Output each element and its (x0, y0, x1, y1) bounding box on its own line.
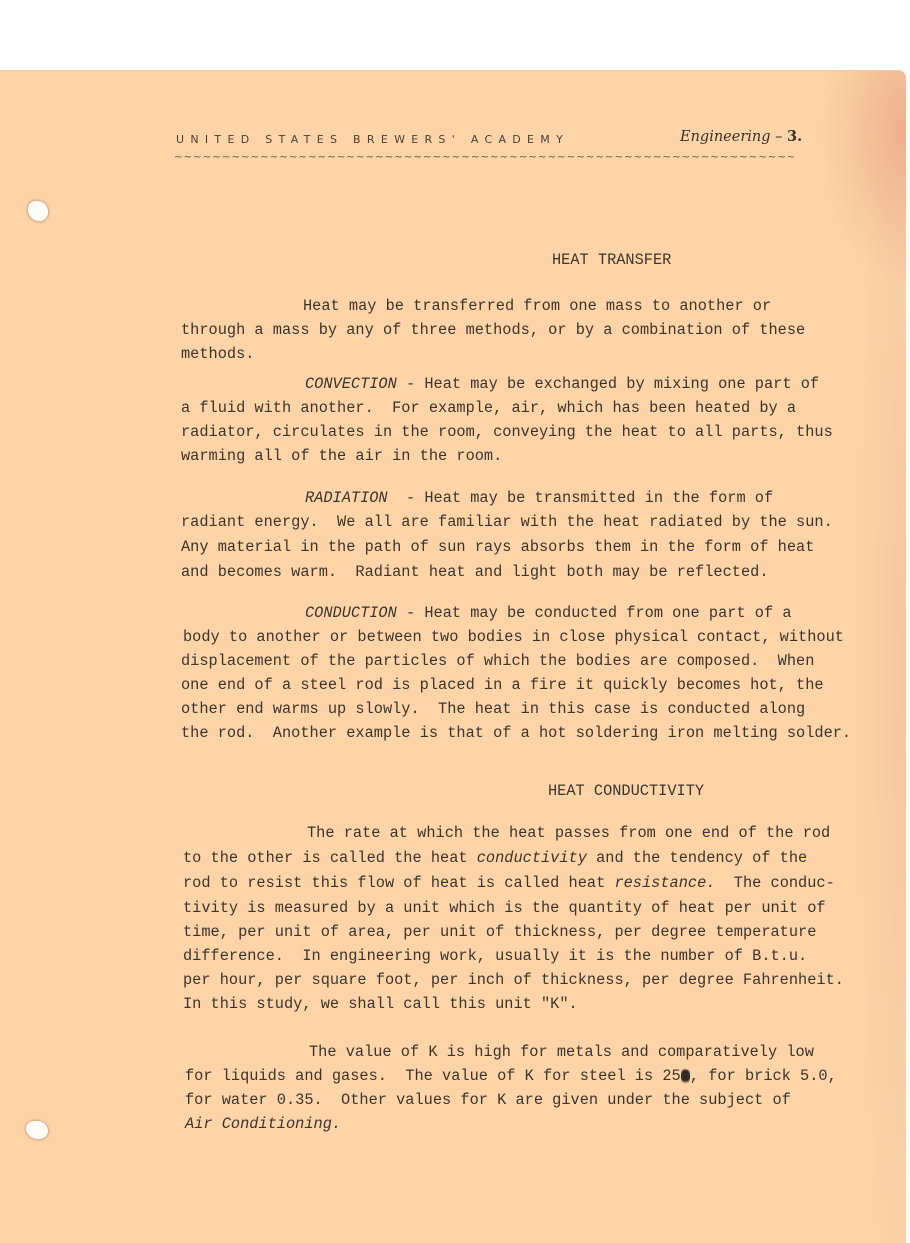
text-line: the rod. Another example is that of a ho… (181, 723, 851, 743)
text-line: The rate at which the heat passes from o… (307, 823, 830, 843)
text-line: for liquids and gases. The value of K fo… (185, 1066, 837, 1086)
text-line: methods. (181, 344, 254, 364)
text-line: CONVECTION - Heat may be exchanged by mi… (305, 374, 819, 394)
text-line: tivity is measured by a unit which is th… (183, 898, 826, 918)
text-line: and becomes warm. Radiant heat and light… (181, 562, 769, 582)
text-line: body to another or between two bodies in… (183, 627, 844, 647)
section-label: Engineering – (680, 129, 782, 145)
text-fragment: - Heat may be transmitted in the form of (388, 489, 774, 507)
ink-smudge: 0 (681, 1066, 690, 1086)
text-line: Air Conditioning. (185, 1114, 341, 1134)
text-fragment: and the tendency of the (587, 849, 807, 867)
text-line: warming all of the air in the room. (181, 446, 502, 466)
text-line: radiator, circulates in the room, convey… (181, 422, 833, 442)
text-line: Heat may be transferred from one mass to… (303, 296, 771, 316)
text-fragment: The conduc- (715, 874, 834, 892)
punch-hole-bottom (26, 1121, 48, 1139)
text-line: through a mass by any of three methods, … (181, 320, 805, 340)
page-label: Engineering – 3. (680, 128, 802, 145)
text-line: radiant energy. We all are familiar with… (181, 512, 833, 532)
term-radiation: RADIATION (305, 489, 388, 507)
term-resistance: resistance. (614, 874, 715, 892)
section-title-heat-conductivity: HEAT CONDUCTIVITY (548, 782, 704, 800)
term-conductivity: conductivity (477, 849, 587, 867)
text-line: difference. In engineering work, usually… (183, 946, 807, 966)
term-conduction: CONDUCTION (305, 604, 397, 622)
text-line: Any material in the path of sun rays abs… (181, 537, 814, 557)
text-line: one end of a steel rod is placed in a fi… (181, 675, 824, 695)
text-fragment: for liquids and gases. The value of K fo… (185, 1067, 681, 1085)
text-line: time, per unit of area, per unit of thic… (183, 922, 816, 942)
text-line: displacement of the particles of which t… (181, 651, 814, 671)
text-line: In this study, we shall call this unit "… (183, 994, 578, 1014)
page-number: 3. (787, 128, 802, 145)
text-line: rod to resist this flow of heat is calle… (183, 873, 835, 893)
punch-hole-top (28, 201, 48, 221)
text-fragment: - Heat may be conducted from one part of… (397, 604, 792, 622)
text-line: a fluid with another. For example, air, … (181, 398, 796, 418)
text-line: other end warms up slowly. The heat in t… (181, 699, 805, 719)
text-line: to the other is called the heat conducti… (183, 848, 807, 868)
text-line: CONDUCTION - Heat may be conducted from … (305, 603, 792, 623)
text-fragment: to the other is called the heat (183, 849, 477, 867)
text-fragment: , for brick 5.0, (690, 1067, 837, 1085)
text-line: The value of K is high for metals and co… (309, 1042, 814, 1062)
tilde-divider: ~~~~~~~~~~~~~~~~~~~~~~~~~~~~~~~~~~~~~~~~… (174, 152, 794, 163)
text-line: RADIATION - Heat may be transmitted in t… (305, 488, 773, 508)
text-line: for water 0.35. Other values for K are g… (185, 1090, 791, 1110)
text-fragment: - Heat may be exchanged by mixing one pa… (397, 375, 819, 393)
text-fragment: rod to resist this flow of heat is calle… (183, 874, 614, 892)
text-line: per hour, per square foot, per inch of t… (183, 970, 844, 990)
term-convection: CONVECTION (305, 375, 397, 393)
institution-header: UNITED STATES BREWERS' ACADEMY (176, 133, 569, 146)
term-air-conditioning: Air Conditioning. (185, 1115, 341, 1133)
section-title-heat-transfer: HEAT TRANSFER (552, 251, 671, 269)
